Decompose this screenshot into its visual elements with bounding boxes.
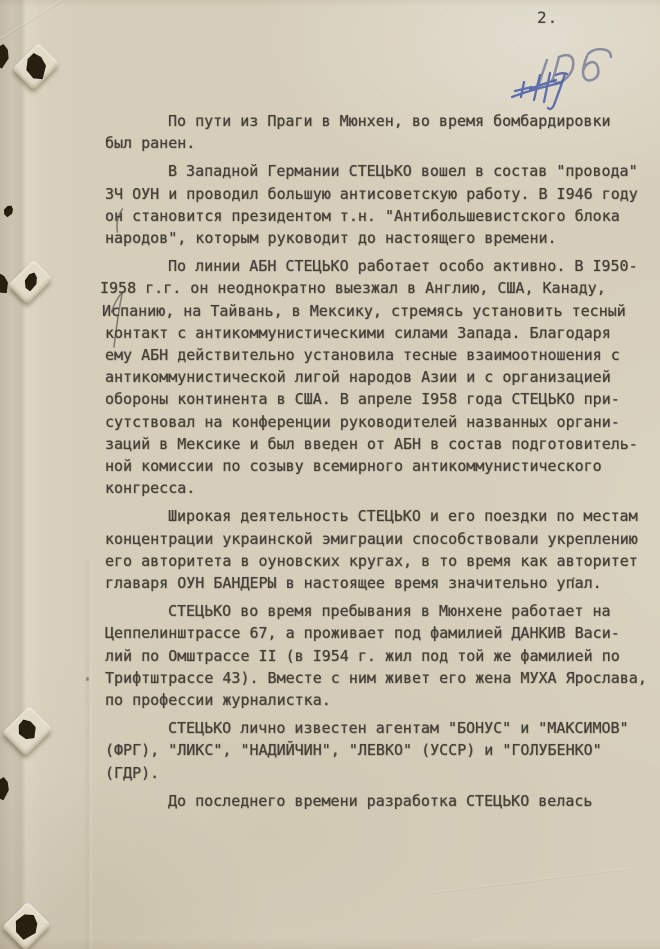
text-line: ему АБН действительно установила тесные … <box>105 344 653 366</box>
text-line: концентрации украинской эмиграции способ… <box>105 528 653 550</box>
text-line: обороны континента в США. В апреле I958 … <box>105 388 653 410</box>
punch-hole <box>16 717 39 745</box>
text-line: СТЕЦЬКО лично известен агентам "БОНУС" и… <box>105 717 653 739</box>
paragraph: Широкая деятельность СТЕЦЬКО и его поезд… <box>105 505 653 594</box>
paragraph: СТЕЦЬКО лично известен агентам "БОНУС" и… <box>105 717 653 784</box>
page-number: 2. <box>537 8 558 27</box>
text-line: (ФРГ), "ЛИКС", "НАДИЙЧИН", "ЛЕВКО" (УССР… <box>105 739 653 761</box>
text-line: I958 г.г. он неоднократно выезжал в Англ… <box>100 277 653 299</box>
text-line: по профессии журналистка. <box>105 689 653 711</box>
text-line: его авторитета в оуновских кругах, в то … <box>105 550 653 572</box>
text-line: По пути из Праги в Мюнхен, во время бомб… <box>105 110 653 132</box>
punch-hole <box>0 44 9 68</box>
text-line: он становится президентом т.н. "Антиболь… <box>105 205 653 227</box>
text-line: ЗЧ ОУН и проводил большую антисоветскую … <box>105 183 653 205</box>
text-line: был ранен. <box>105 132 653 154</box>
text-line: Трифтштрассе 43). Вместе с ним живет его… <box>105 667 653 689</box>
text-line: Широкая деятельность СТЕЦЬКО и его поезд… <box>105 505 653 527</box>
typewritten-text: По пути из Праги в Мюнхен, во время бомб… <box>105 110 653 812</box>
punch-hole <box>26 53 46 80</box>
text-line: народов", которым руководит до настоящег… <box>105 227 653 249</box>
punch-hole <box>0 777 9 800</box>
scanned-document-page: { "document": { "page_number": "2.", "an… <box>0 0 660 949</box>
ink-speck <box>86 677 89 681</box>
punch-hole <box>0 273 8 294</box>
paper-crease-vertical <box>84 560 93 949</box>
text-line: конгресса. <box>105 477 653 499</box>
paragraph: По линии АБН СТЕЦЬКО работает особо акти… <box>105 255 653 499</box>
text-line: До последнего времени разработка СТЕЦЬКО… <box>105 790 653 812</box>
paragraph: До последнего времени разработка СТЕЦЬКО… <box>105 790 653 812</box>
text-line: контакт с антикоммунистическими силами З… <box>105 322 653 344</box>
punch-hole <box>15 913 38 939</box>
paragraph: СТЕЦЬКО во время пребывания в Мюнхене ра… <box>105 600 653 711</box>
text-line: лий по Омштрассе II (в I954 г. жил под т… <box>105 645 653 667</box>
text-line: СТЕЦЬКО во время пребывания в Мюнхене ра… <box>105 600 653 622</box>
text-line: В Западной Германии СТЕЦЬКО вошел в сост… <box>105 160 653 182</box>
text-line: (ГДР). <box>105 762 653 784</box>
text-line: Испанию, на Тайвань, в Мексику, стремясь… <box>102 300 653 322</box>
paragraph: По пути из Праги в Мюнхен, во время бомб… <box>105 110 653 154</box>
paragraph: В Западной Германии СТЕЦЬКО вошел в сост… <box>105 160 653 249</box>
text-line: По линии АБН СТЕЦЬКО работает особо акти… <box>105 255 653 277</box>
text-line: сутствовал на конференции руководителей … <box>105 411 653 433</box>
text-line: антикоммунистической лигой народов Азии … <box>105 366 653 388</box>
punch-hole <box>4 205 13 217</box>
text-line: ной комиссии по созыву всемирного антико… <box>105 455 653 477</box>
punch-hole <box>22 269 39 295</box>
text-line: заций в Мексике и был введен от АБН в со… <box>105 433 653 455</box>
text-line: главаря ОУН БАНДЕРЫ в настоящее время зн… <box>105 572 653 594</box>
text-line: Цеппелинштрассе 67, а проживает под фами… <box>105 622 653 644</box>
